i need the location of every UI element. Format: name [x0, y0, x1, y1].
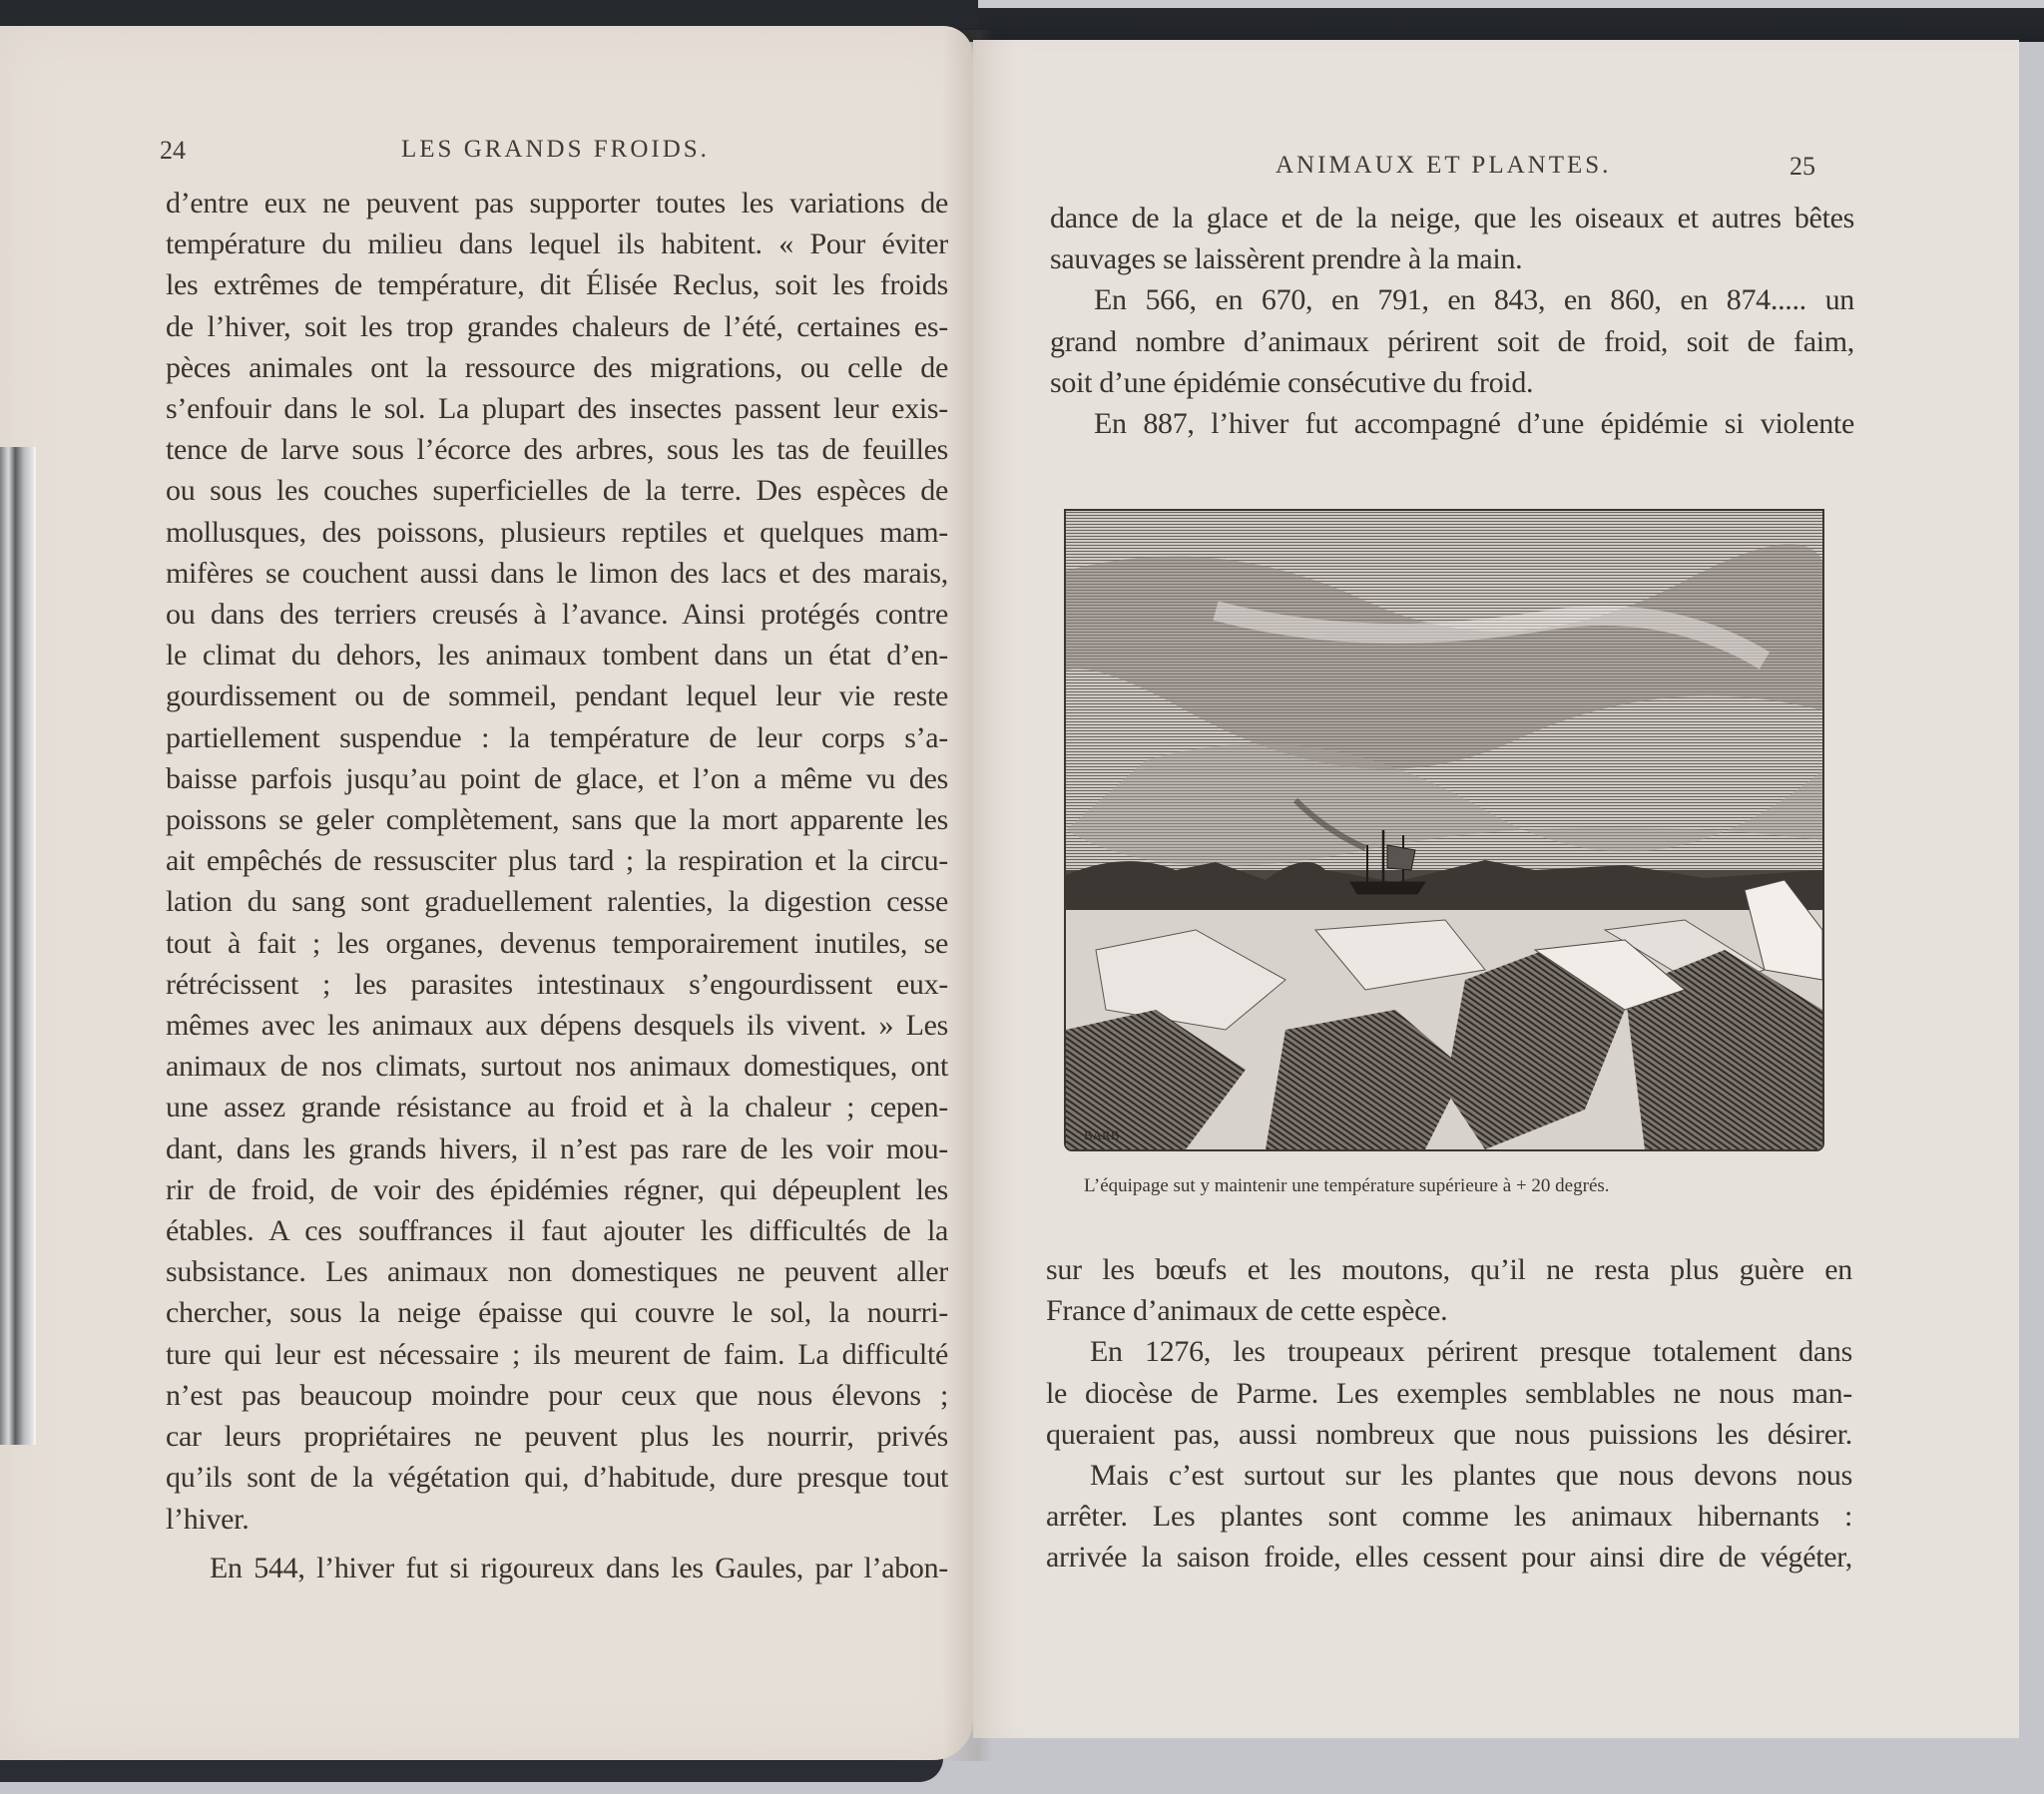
- left-page-number: 24: [160, 136, 186, 166]
- text-line: sur les bœufs et les moutons, qu’il ne r…: [1046, 1249, 1852, 1290]
- text-line: le climat du dehors, les animaux tombent…: [166, 635, 948, 675]
- text-line: le diocèse de Parme. Les exemples sembla…: [1046, 1373, 1852, 1414]
- text-line: tout à fait ; les organes, devenus tempo…: [166, 923, 948, 964]
- engraving-illustration: BARB: [1064, 509, 1824, 1151]
- left-running-head: LES GRANDS FROIDS.: [401, 136, 710, 164]
- text-line: Mais c’est surtout sur les plantes que n…: [1046, 1455, 1852, 1496]
- text-line: ait empêchés de ressusciter plus tard ; …: [166, 840, 948, 881]
- text-line: En 887, l’hiver fut accompagné d’une épi…: [1050, 403, 1854, 444]
- text-line: pèces animales ont la ressource des migr…: [166, 347, 948, 388]
- text-line: baisse parfois jusqu’au point de glace, …: [166, 758, 948, 799]
- text-line: ture qui leur est nécessaire ; ils meure…: [166, 1334, 948, 1375]
- figure-caption: L’équipage sut y maintenir une températu…: [1084, 1175, 1610, 1197]
- text-line: qu’ils sont de la végétation qui, d’habi…: [166, 1457, 948, 1498]
- text-line: En 544, l’hiver fut si rigoureux dans le…: [166, 1548, 948, 1588]
- text-line: une assez grande résistance au froid et …: [166, 1087, 948, 1127]
- text-line: En 1276, les troupeaux périrent presque …: [1046, 1331, 1852, 1372]
- metal-clip-bookmark: [0, 447, 36, 1445]
- text-line: lation du sang sont graduellement ralent…: [166, 881, 948, 922]
- text-line: dant, dans les grands hivers, il n’est p…: [166, 1128, 948, 1169]
- text-line: subsistance. Les animaux non domestiques…: [166, 1251, 948, 1292]
- text-line: mêmes avec les animaux aux dépens desque…: [166, 1005, 948, 1046]
- text-line: température du milieu dans lequel ils ha…: [166, 224, 948, 264]
- book-cover-left-edge: [0, 0, 978, 28]
- text-line: En 566, en 670, en 791, en 843, en 860, …: [1050, 279, 1854, 320]
- text-line: n’est pas beaucoup moindre pour ceux que…: [166, 1375, 948, 1416]
- text-line: poissons se geler complètement, sans que…: [166, 799, 948, 840]
- text-line: l’hiver.: [166, 1499, 948, 1540]
- text-line: arrêter. Les plantes sont comme les anim…: [1046, 1496, 1852, 1537]
- text-line: France d’animaux de cette espèce.: [1046, 1290, 1852, 1331]
- text-line: ou sous les couches superficielles de la…: [166, 470, 948, 511]
- text-line: arrivée la saison froide, elles cessent …: [1046, 1537, 1852, 1577]
- text-line: chercher, sous la neige épaisse qui couv…: [166, 1292, 948, 1333]
- text-line: partiellement suspendue : la température…: [166, 717, 948, 758]
- left-page-body: d’entre eux ne peuvent pas supporter tou…: [166, 183, 948, 1588]
- right-page-body-top: dance de la glace et de la neige, que le…: [1050, 198, 1854, 444]
- text-line: sauvages se laissèrent prendre à la main…: [1050, 238, 1854, 279]
- text-line: rétrécissent ; les parasites intestinaux…: [166, 964, 948, 1005]
- text-line: mifères se couchent aussi dans le limon …: [166, 553, 948, 594]
- text-line: animaux de nos climats, surtout nos anim…: [166, 1046, 948, 1087]
- text-line: de l’hiver, soit les trop grandes chaleu…: [166, 306, 948, 347]
- text-line: d’entre eux ne peuvent pas supporter tou…: [166, 183, 948, 224]
- right-page-number: 25: [1789, 152, 1815, 182]
- text-line: ou dans des terriers creusés à l’avance.…: [166, 594, 948, 635]
- text-line: car leurs propriétaires ne peuvent plus …: [166, 1416, 948, 1457]
- text-line: mollusques, des poissons, plusieurs rept…: [166, 512, 948, 553]
- ship-in-pack-ice-engraving: BARB: [1066, 511, 1822, 1149]
- right-page-body-bottom: sur les bœufs et les moutons, qu’il ne r…: [1046, 1249, 1852, 1578]
- svg-text:BARB: BARB: [1084, 1127, 1120, 1142]
- book-cover-bottom-edge: [0, 1758, 943, 1782]
- text-line: dance de la glace et de la neige, que le…: [1050, 198, 1854, 238]
- right-running-head: ANIMAUX ET PLANTES.: [1276, 152, 1611, 180]
- text-line: étables. A ces souffrances il faut ajout…: [166, 1210, 948, 1251]
- text-line: tence de larve sous l’écorce des arbres,…: [166, 429, 948, 470]
- text-line: les extrêmes de température, dit Élisée …: [166, 264, 948, 305]
- text-line: s’enfouir dans le sol. La plupart des in…: [166, 388, 948, 429]
- text-line: gourdissement ou de sommeil, pendant leq…: [166, 675, 948, 716]
- text-line: rir de froid, de voir des épidémies régn…: [166, 1169, 948, 1210]
- text-line: soit d’une épidémie consécutive du froid…: [1050, 362, 1854, 403]
- text-line: queraient pas, aussi nombreux que nous p…: [1046, 1414, 1852, 1455]
- text-line: grand nombre d’animaux périrent soit de …: [1050, 321, 1854, 362]
